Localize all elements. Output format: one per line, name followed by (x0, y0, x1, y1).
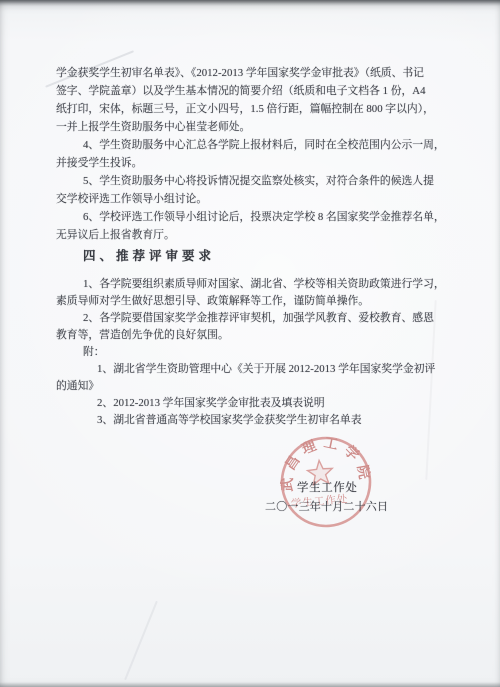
scan-edge-bottom (0, 682, 500, 687)
text-line: 素质导师对学生做好思想引导、政策解释等工作，谨防简单操作。 (56, 293, 428, 310)
text-line: 2、各学院要借国家奖学金推荐评审契机，加强学风教育、爱校教育、感恩 (56, 310, 428, 327)
text-line: 2、2012-2013 学年国家奖学金审批表及填表说明 (56, 395, 428, 412)
text-line: 教育等，营造创先争优的良好氛围。 (56, 327, 428, 344)
text-line: 无异议后上报省教育厅。 (56, 226, 428, 244)
text-line: 一并上报学生资助服务中心崔莹老师处。 (56, 118, 428, 136)
text-line: 签字、学院盖章）以及学生基本情况的简要介绍（纸质和电子文档各 1 份，A4 (56, 82, 428, 100)
text-line: 6、学校评选工作领导小组讨论后，投票决定学校 8 名国家奖学金推荐名单， (56, 208, 428, 226)
text-line: 纸打印，宋体，标题三号，正文小四号，1.5 倍行距，篇幅控制在 800 字以内）… (56, 100, 428, 118)
scanned-page: 学金获奖学生初审名单表》、《2012-2013 学年国家奖学金审批表》（纸质、书… (0, 0, 500, 687)
document-body: 学金获奖学生初审名单表》、《2012-2013 学年国家奖学金审批表》（纸质、书… (56, 64, 428, 429)
text-line: 交学校评选工作领导小组讨论。 (56, 190, 428, 208)
text-line: 4、学生资助服务中心汇总各学院上报材料后，同时在全校范围内公示一周， (56, 136, 428, 154)
signature-date: 二〇一三年十月二十六日 (265, 498, 388, 514)
scan-edge-top (0, 0, 500, 6)
text-line: 1、湖北省学生资助管理中心《关于开展 2012-2013 学年国家奖学金初评 (56, 361, 428, 378)
text-line: 1、各学院要组织素质导师对国家、湖北省、学校等相关资助政策进行学习， (56, 276, 428, 293)
text-line: 5、学生资助服务中心将投诉情况提交监察处核实，对符合条件的候选人提 (56, 172, 428, 190)
text-line: 的通知》 (56, 378, 428, 395)
paper-crease (124, 601, 158, 681)
text-line: 附： (56, 344, 428, 361)
signature-department: 学生工作处 (297, 479, 358, 495)
text-line: 学金获奖学生初审名单表》、《2012-2013 学年国家奖学金审批表》（纸质、书… (56, 64, 428, 82)
text-line: 并接受学生投诉。 (56, 154, 428, 172)
section-heading: 四、推荐评审要求 (56, 246, 428, 266)
